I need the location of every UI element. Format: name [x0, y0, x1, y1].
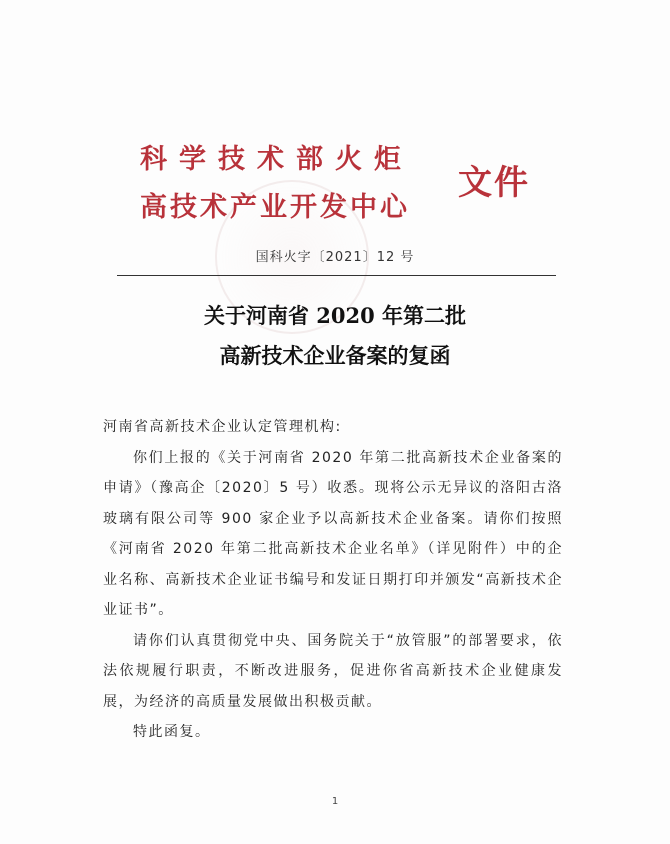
- salutation: 河南省高新技术企业认定管理机构:: [103, 412, 563, 443]
- issuer-line-1: 科学技术部火炬: [140, 137, 413, 176]
- body-paragraph-1: 你们上报的《关于河南省 2020 年第二批高新技术企业备案的申请》（豫高企〔20…: [103, 443, 563, 626]
- page-number: 1: [0, 796, 670, 807]
- document-title-line-1: 关于河南省 2020 年第二批: [0, 300, 670, 330]
- document-body: 河南省高新技术企业认定管理机构: 你们上报的《关于河南省 2020 年第二批高新…: [103, 412, 563, 748]
- issuer-line-2: 高技术产业开发中心: [140, 185, 410, 224]
- body-paragraph-2: 请你们认真贯彻党中央、国务院关于“放管服”的部署要求，依法依规履行职责，不断改进…: [103, 626, 563, 718]
- header-divider: [117, 275, 556, 276]
- closing-line: 特此函复。: [103, 717, 563, 748]
- document-page: 科学技术部火炬 高技术产业开发中心 文件 国科火字〔2021〕12 号 关于河南…: [0, 0, 670, 844]
- doc-type-label: 文件: [458, 155, 530, 204]
- document-number: 国科火字〔2021〕12 号: [0, 246, 670, 265]
- document-title-line-2: 高新技术企业备案的复函: [0, 340, 670, 370]
